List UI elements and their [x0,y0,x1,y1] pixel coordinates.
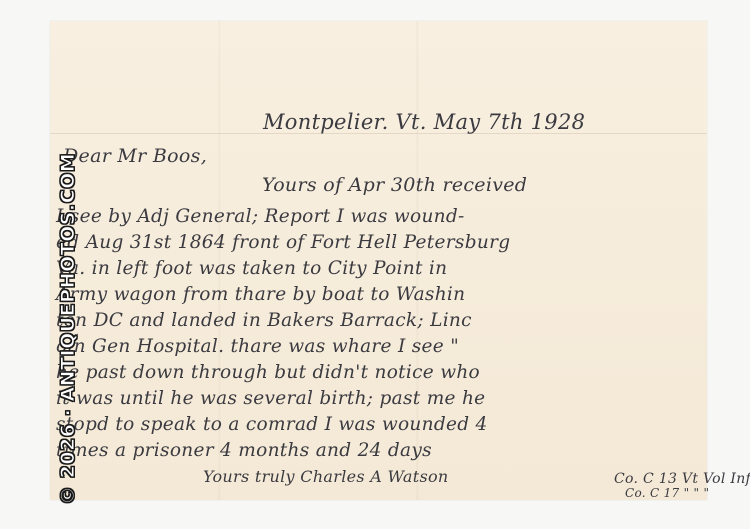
letter-unit-line: Co. C 17 " " " [625,486,709,500]
letter-body-line: oln Gen Hospital. thare was whare I see … [56,336,459,357]
letter-body-line: stopd to speak to a comrad I was wounded… [56,414,488,435]
letter-acknowledgement: Yours of Apr 30th received [262,174,527,196]
letter-paper: Montpelier. Vt. May 7th 1928 Dear Mr Boo… [50,21,707,500]
letter-body-line: times a prisoner 4 months and 24 days [56,440,432,461]
letter-body-line: Va. in left foot was taken to City Point… [56,258,447,279]
letter-body-line: it was until he was several birth; past … [56,388,485,409]
letter-dateline: Montpelier. Vt. May 7th 1928 [263,110,585,134]
letter-signature: Yours truly Charles A Watson [203,467,449,486]
letter-salutation: Dear Mr Boos, [63,145,207,167]
letter-body-line: I see by Adj General; Report I was wound… [56,206,465,227]
letter-body-line: Army wagon from thare by boat to Washin [56,284,465,305]
letter-unit-line: Co. C 13 Vt Vol Inf [614,471,750,487]
letter-body-line: ed Aug 31st 1864 front of Fort Hell Pete… [56,232,510,253]
letter-body-line: he past down through but didn't notice w… [56,362,480,383]
letter-body-line: ton DC and landed in Bakers Barrack; Lin… [56,310,472,331]
copyright-watermark: © 2026 · ANTIQUEPHOTOS.COM [57,153,79,505]
